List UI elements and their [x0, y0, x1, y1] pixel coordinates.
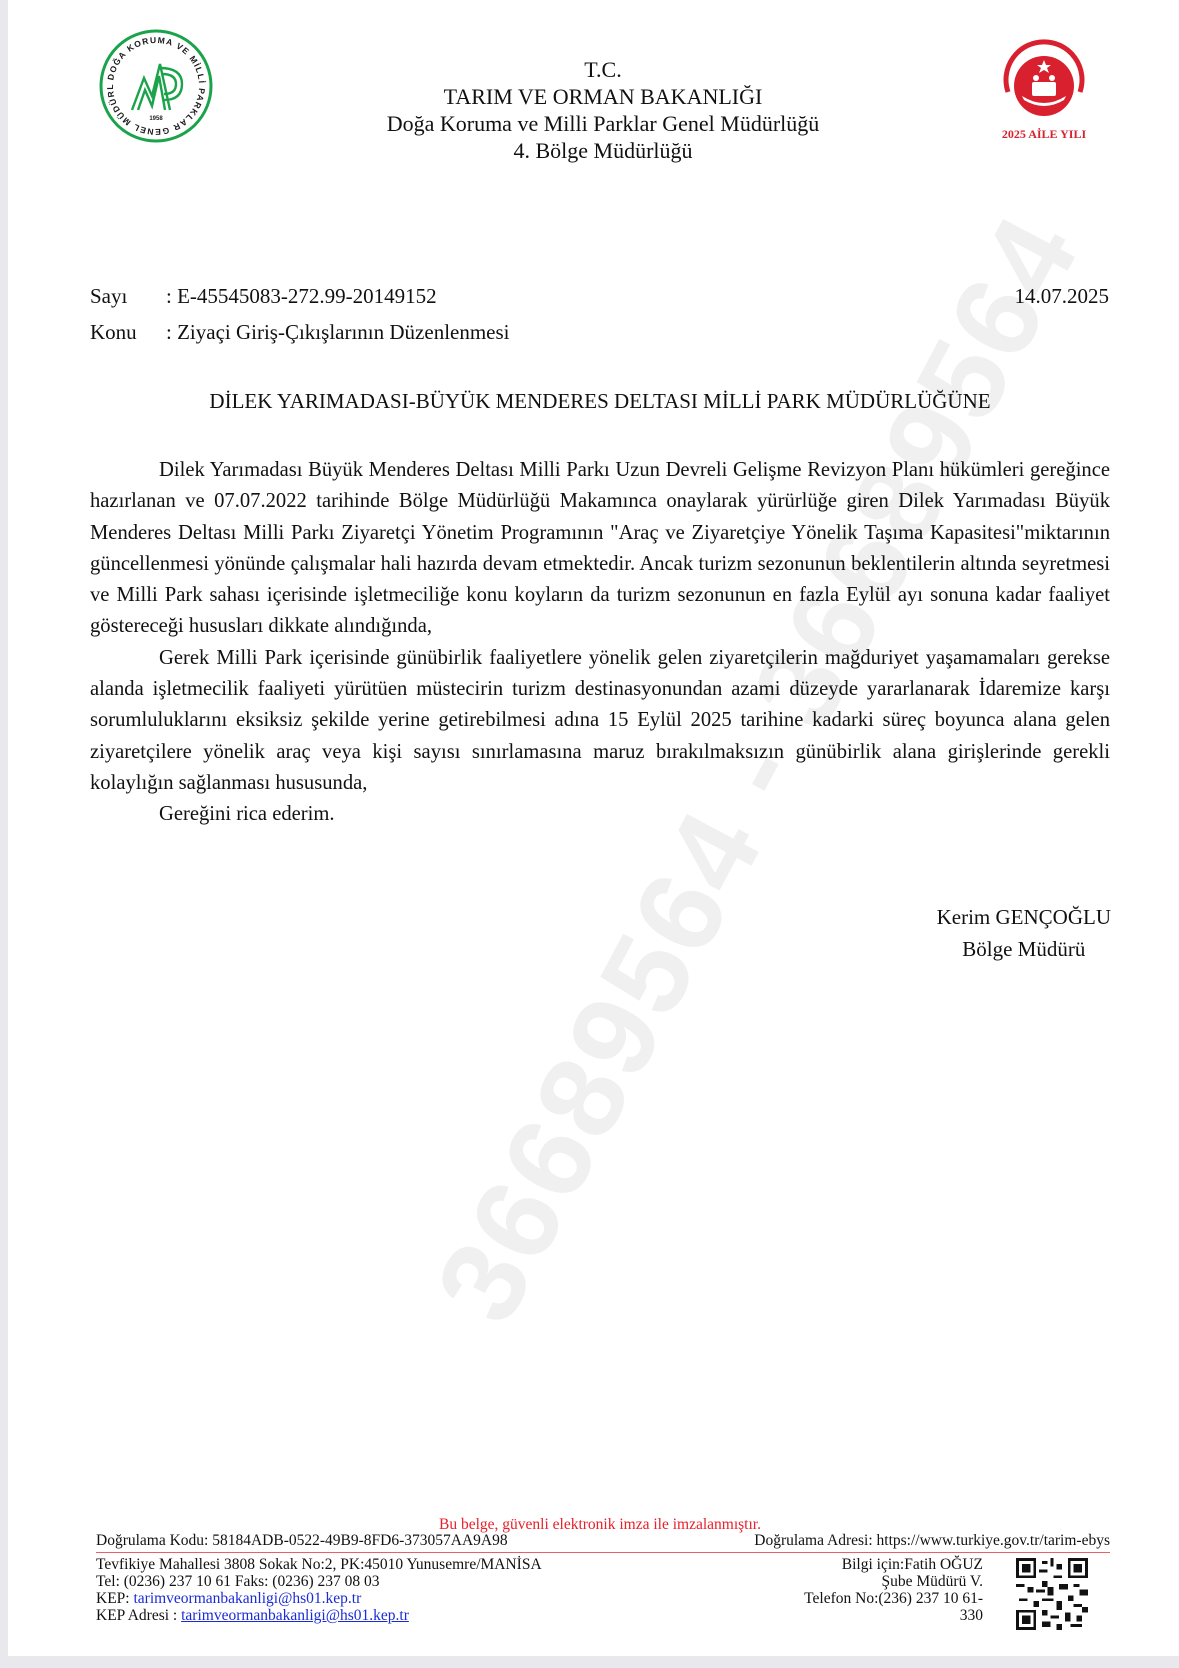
info-phone: Telefon No:(236) 237 10 61- — [723, 1590, 983, 1607]
verification-address[interactable]: Doğrulama Adresi: https://www.turkiye.go… — [754, 1531, 1110, 1550]
verification-code: Doğrulama Kodu: 58184ADB-0522-49B9-8FD6-… — [96, 1531, 508, 1550]
sayi-row: Sayı : E-45545083-272.99-20149152 — [90, 278, 510, 314]
body-paragraph: Dilek Yarımadası Büyük Menderes Deltası … — [90, 455, 1110, 643]
aile-yili-caption: 2025 AİLE YILI — [988, 127, 1100, 142]
info-title: Şube Müdürü V. — [723, 1573, 983, 1590]
qr-code-icon — [1016, 1558, 1088, 1630]
footer-kep-address: KEP Adresi : tarimveormanbakanligi@hs01.… — [96, 1607, 542, 1624]
footer-address: Tevfikiye Mahallesi 3808 Sokak No:2, PK:… — [96, 1556, 542, 1573]
footer-tel-fax: Tel: (0236) 237 10 61 Faks: (0236) 237 0… — [96, 1573, 542, 1590]
letterhead: T.C. TARIM VE ORMAN BAKANLIĞI Doğa Korum… — [308, 56, 898, 164]
konu-row: Konu : Ziyaçi Giriş-Çıkışlarının Düzenle… — [90, 314, 510, 350]
kep-address-link[interactable]: tarimveormanbakanligi@hs01.kep.tr — [181, 1607, 409, 1624]
signature-block: Kerim GENÇOĞLU Bölge Müdürü — [937, 901, 1111, 965]
header-region: 4. Bölge Müdürlüğü — [308, 137, 898, 164]
info-contact: Bilgi için:Fatih OĞUZ — [723, 1556, 983, 1573]
body-paragraph: Gereğini rica ederim. — [90, 799, 1110, 830]
kep-label: KEP: — [96, 1590, 133, 1607]
konu-label: Konu — [90, 314, 166, 350]
kep-link[interactable]: tarimveormanbakanligi@hs01.kep.tr — [133, 1590, 361, 1607]
kep-address-label: KEP Adresi : — [96, 1607, 181, 1624]
sayi-label: Sayı — [90, 278, 166, 314]
footer-contact: Tevfikiye Mahallesi 3808 Sokak No:2, PK:… — [96, 1556, 542, 1624]
info-ext: 330 — [723, 1607, 983, 1624]
milli-parklar-logo-icon: DOĞA KORUMA VE MİLLİ PARKLAR GENEL MÜDÜR… — [98, 28, 214, 144]
sayi-value: : E-45545083-272.99-20149152 — [166, 278, 437, 314]
signatory-title: Bölge Müdürü — [937, 933, 1111, 965]
document-date: 14.07.2025 — [1015, 278, 1110, 314]
footer-info: Bilgi için:Fatih OĞUZ Şube Müdürü V. Tel… — [723, 1556, 983, 1624]
header-directorate: Doğa Koruma ve Milli Parklar Genel Müdür… — [308, 110, 898, 137]
aile-yili-logo-icon: 2025 AİLE YILI — [988, 34, 1100, 144]
document-page: 36689564 - 36689564 DOĞA KORUMA VE MİLLİ… — [8, 0, 1179, 1656]
addressee: DİLEK YARIMADASI-BÜYÜK MENDERES DELTASI … — [90, 387, 1110, 415]
svg-text:1958: 1958 — [149, 116, 163, 122]
verification-row: Doğrulama Kodu: 58184ADB-0522-49B9-8FD6-… — [96, 1531, 1110, 1553]
signatory-name: Kerim GENÇOĞLU — [937, 901, 1111, 933]
header-tc: T.C. — [308, 56, 898, 83]
header-ministry: TARIM VE ORMAN BAKANLIĞI — [308, 83, 898, 110]
konu-value: : Ziyaçi Giriş-Çıkışlarının Düzenlenmesi — [166, 314, 510, 350]
body-paragraph: Gerek Milli Park içerisinde günübirlik f… — [90, 643, 1110, 799]
document-meta: Sayı : E-45545083-272.99-20149152 Konu :… — [90, 278, 510, 350]
letter-body: Dilek Yarımadası Büyük Menderes Deltası … — [90, 455, 1110, 831]
footer-kep: KEP: tarimveormanbakanligi@hs01.kep.tr — [96, 1590, 542, 1607]
